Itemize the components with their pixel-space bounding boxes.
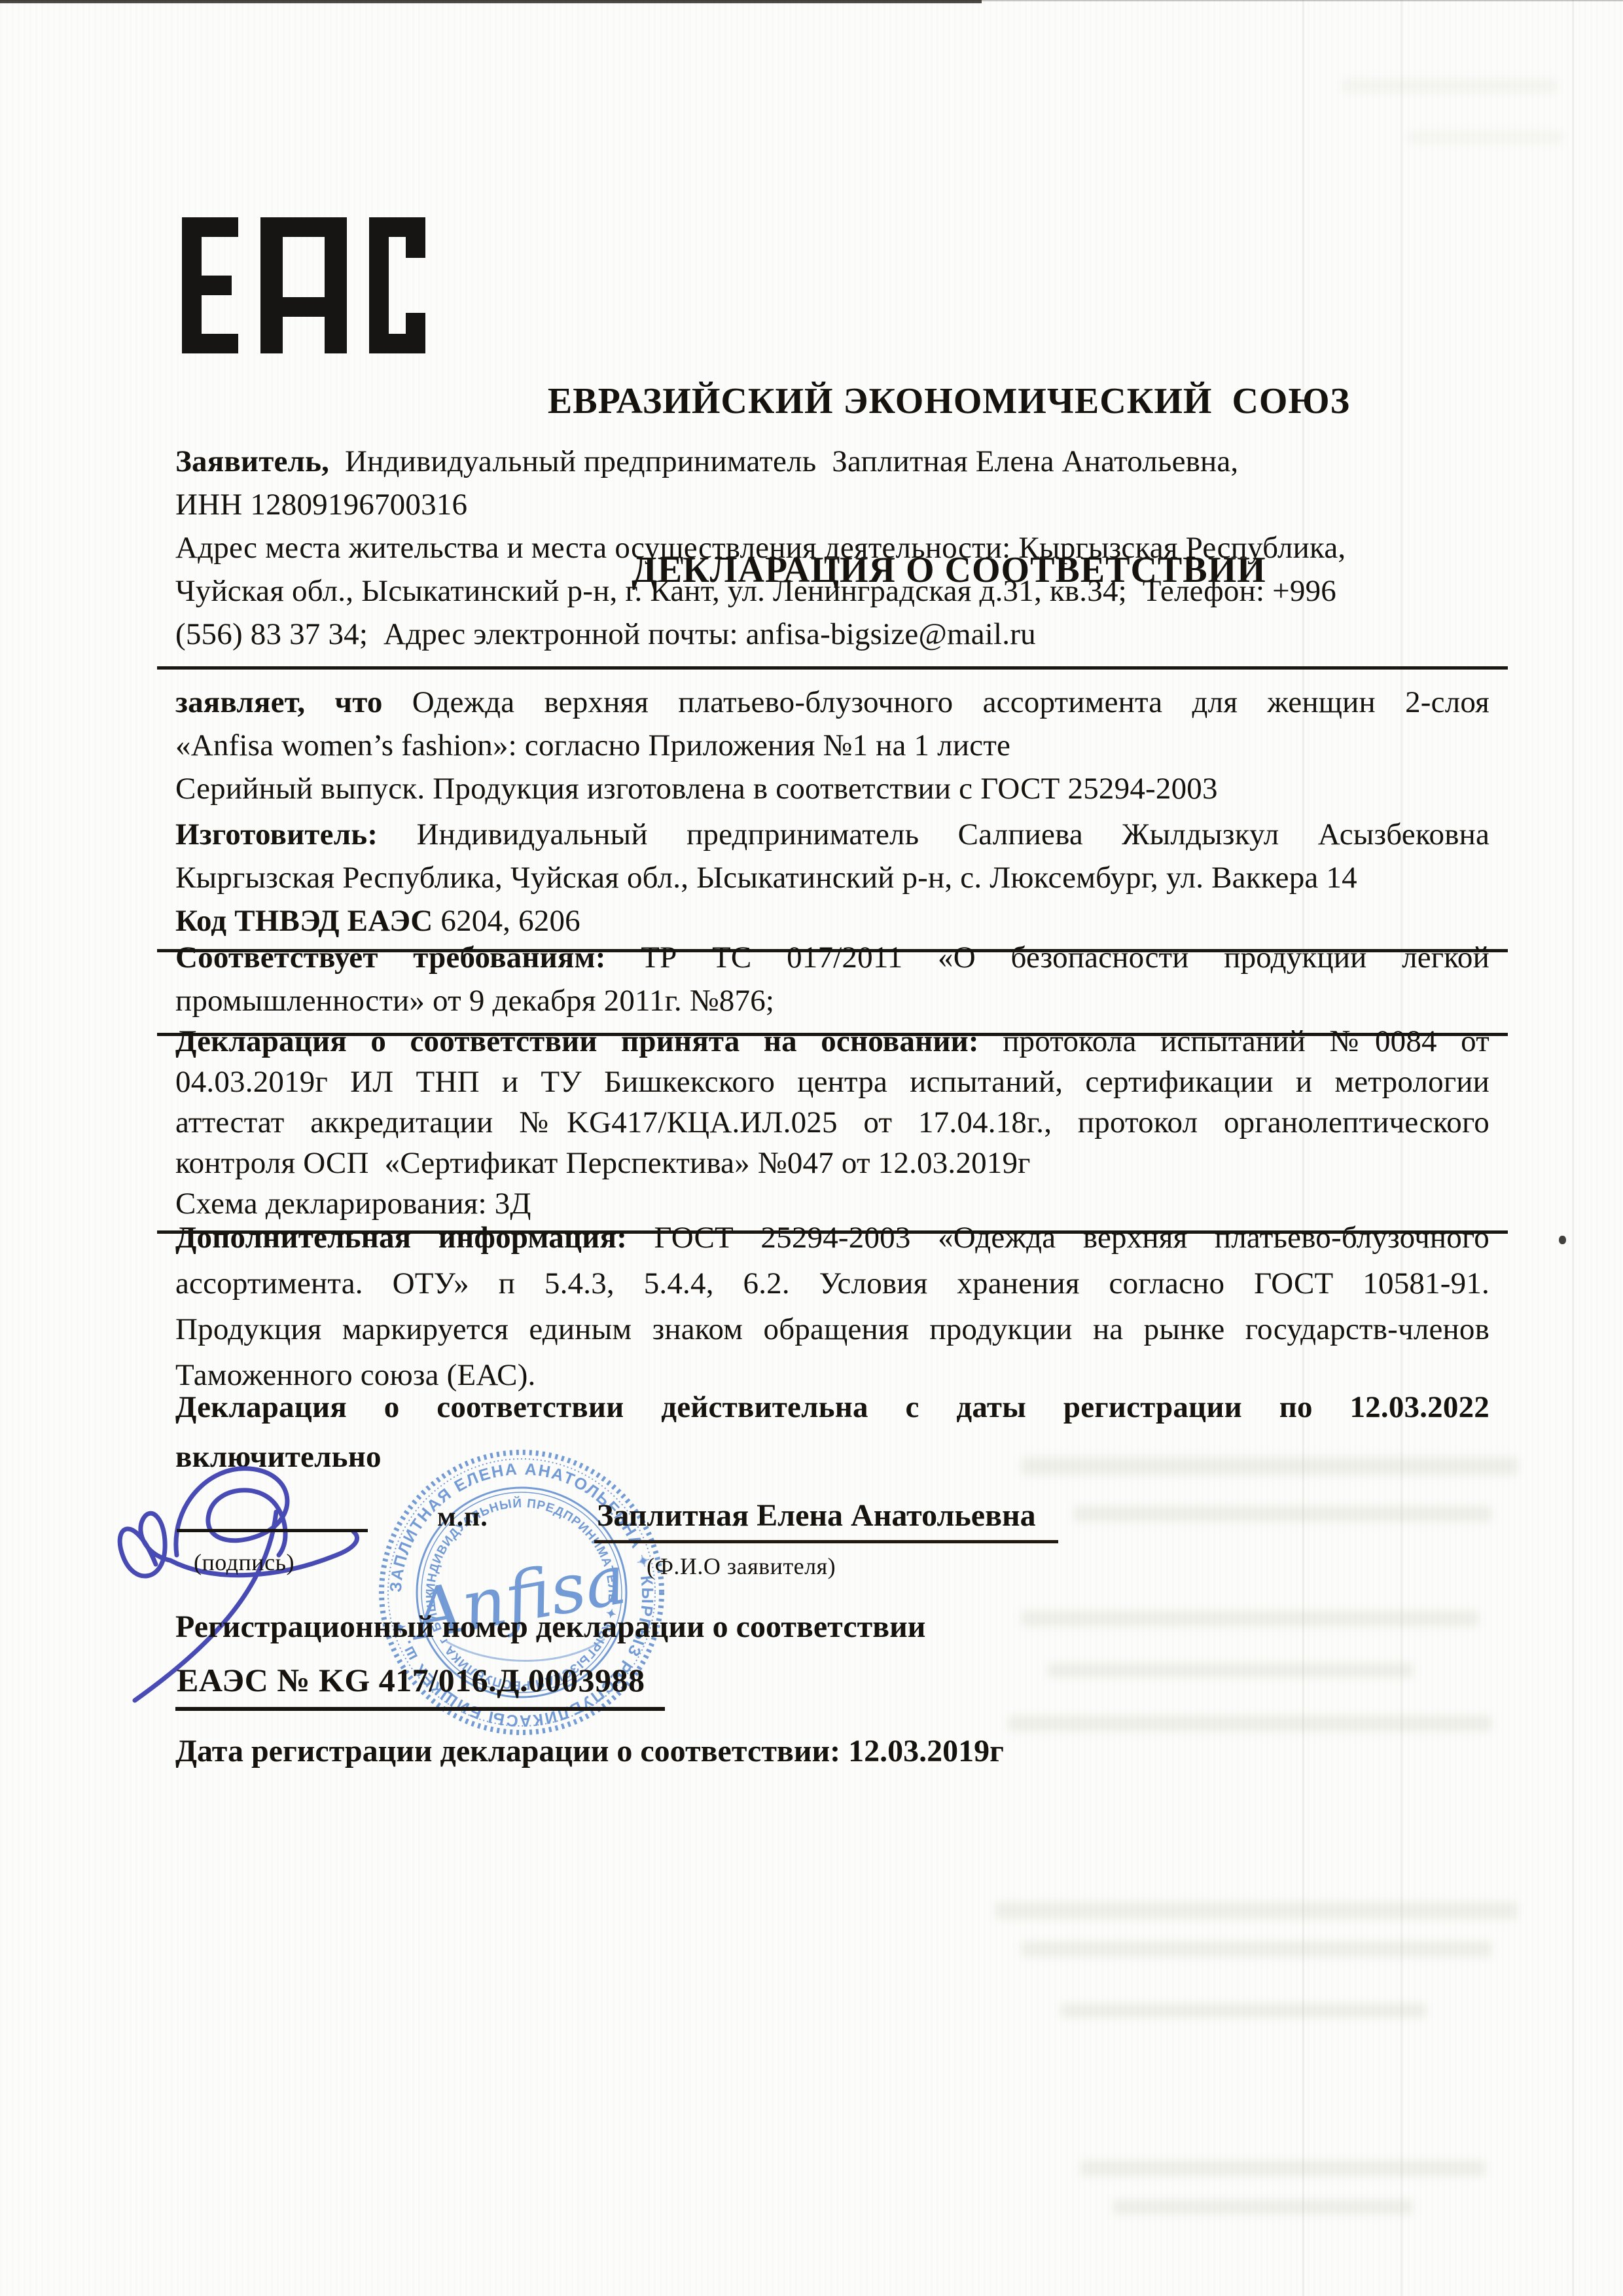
declares-label: заявляет, что xyxy=(175,685,383,719)
additional-label: Дополнительная информация: xyxy=(175,1221,627,1255)
complies-line: Соответствует требованиям: ТР ТС 017/201… xyxy=(175,936,1489,979)
stamp-inner-ring-text: ИНДИВИДУАЛЬНЫЙ ПРЕДПРИНИМАТЕЛЬ ✦ КЫРГЫЗС… xyxy=(374,1445,619,1692)
applicant-address: Адрес места жительства и места осуществл… xyxy=(175,526,1489,569)
product-serial: Серийный выпуск. Продукция изготовлена в… xyxy=(175,767,1489,810)
manufacturer-label: Изготовитель: xyxy=(175,817,378,852)
bleed-through-smudge xyxy=(1047,1662,1414,1678)
registration-number-label: Регистрационный номер декларации о соотв… xyxy=(175,1609,925,1645)
bleed-through-smudge xyxy=(1021,1941,1492,1958)
bleed-through-smudge xyxy=(1080,2160,1486,2177)
signature-line xyxy=(177,1529,368,1532)
additional-text: ассортимента. ОТУ» п 5.4.3, 5.4.4, 6.2. … xyxy=(175,1261,1489,1306)
gost-reference: ГОСТ 25294-2003 «Одежда верхняя платьево… xyxy=(627,1221,1489,1255)
section-declares: заявляет, что Одежда верхняя платьево-бл… xyxy=(157,681,1508,810)
registration-date: Дата регистрации декларации о соответств… xyxy=(175,1733,1004,1769)
bleed-through-smudge xyxy=(1113,2199,1414,2215)
applicant-inn: ИНН 12809196700316 xyxy=(175,483,1489,526)
basis-text: 04.03.2019г ИЛ ТНП и ТУ Бишкекского цент… xyxy=(175,1062,1489,1102)
complies-label: Соответствует требованиям: xyxy=(175,941,606,975)
basis-text: контроля ОСП «Сертификат Перспектива» №0… xyxy=(175,1143,1489,1183)
product-description: Одежда верхняя платьево-блузочного ассор… xyxy=(383,685,1489,719)
bleed-through-smudge xyxy=(1342,79,1558,93)
bleed-through-smudge xyxy=(1021,1610,1479,1627)
stamp-place-abbr: м.п. xyxy=(437,1501,488,1533)
signature-caption: (подпись) xyxy=(194,1549,294,1576)
declaration-document: ЕВРАЗИЙСКИЙ ЭКОНОМИЧЕСКИЙ СОЮЗ ДЕКЛАРАЦИ… xyxy=(0,0,1623,2296)
additional-text: Продукция маркируется единым знаком обра… xyxy=(175,1306,1489,1352)
svg-text:ИНДИВИДУАЛЬНЫЙ ПРЕДПРИНИМАТЕЛЬ: ИНДИВИДУАЛЬНЫЙ ПРЕДПРИНИМАТЕЛЬ ✦ КЫРГЫЗС… xyxy=(374,1445,619,1692)
basis-label: Декларация о соответствии принята на осн… xyxy=(175,1024,979,1058)
name-caption: (Ф.И.О заявителя) xyxy=(647,1552,836,1580)
basis-line: Декларация о соответствии принята на осн… xyxy=(175,1021,1489,1062)
applicant-signatory-name: Заплитная Елена Анатольевна xyxy=(594,1498,1058,1543)
applicant-address: Чуйская обл., Ысыкатинский р-н, г. Кант,… xyxy=(175,569,1489,613)
applicant-name: Индивидуальный предприниматель Заплитная… xyxy=(329,444,1238,478)
section-additional: Дополнительная информация: ГОСТ 25294-20… xyxy=(157,1215,1508,1398)
scan-streak xyxy=(1572,0,1574,2296)
product-annex: «Anfisa women’s fashion»: согласно Прило… xyxy=(175,724,1489,767)
tnved-code-value: 6204, 6206 xyxy=(433,904,580,938)
section-validity: Декларация о соответствии действительна … xyxy=(157,1382,1508,1482)
registration-number: ЕАЭС № KG 417/016.Д.0003988 xyxy=(175,1661,665,1711)
bleed-through-smudge xyxy=(1407,131,1564,144)
ink-speck xyxy=(1559,1236,1566,1244)
scan-edge-artifact xyxy=(0,0,1623,1)
declares-line: заявляет, что Одежда верхняя платьево-бл… xyxy=(175,681,1489,724)
additional-line: Дополнительная информация: ГОСТ 25294-20… xyxy=(175,1215,1489,1261)
test-report: протокола испытаний №0084 от xyxy=(979,1024,1489,1058)
applicant-label: Заявитель, xyxy=(175,444,329,478)
tnved-code-label: Код ТНВЭД ЕАЭС xyxy=(175,904,433,938)
eac-logo-icon xyxy=(182,217,425,353)
basis-text: аттестат аккредитации №KG417/КЦА.ИЛ.025 … xyxy=(175,1102,1489,1143)
section-manufacturer: Изготовитель: Индивидуальный предпринима… xyxy=(157,813,1508,952)
manufacturer-line: Изготовитель: Индивидуальный предпринима… xyxy=(175,813,1489,856)
regulation-reference: ТР ТС 017/2011 «О безопасности продукции… xyxy=(606,941,1489,975)
bleed-through-smudge xyxy=(1073,1505,1492,1522)
bleed-through-smudge xyxy=(1060,2003,1427,2018)
applicant-line: Заявитель, Индивидуальный предпринимател… xyxy=(175,440,1489,483)
validity-line: включительно xyxy=(175,1432,1489,1482)
manufacturer-name: Индивидуальный предприниматель Салпиева … xyxy=(378,817,1489,852)
title-line-1: ЕВРАЗИЙСКИЙ ЭКОНОМИЧЕСКИЙ СОЮЗ xyxy=(458,373,1440,429)
validity-line: Декларация о соответствии действительна … xyxy=(175,1382,1489,1432)
applicant-contacts: (556) 83 37 34; Адрес электронной почты:… xyxy=(175,613,1489,656)
regulation-reference: промышленности» от 9 декабря 2011г. №876… xyxy=(175,979,1489,1022)
section-applicant: Заявитель, Индивидуальный предпринимател… xyxy=(157,440,1508,670)
manufacturer-address: Кыргызская Республика, Чуйская обл., Ысы… xyxy=(175,856,1489,899)
bleed-through-smudge xyxy=(1008,1715,1492,1732)
bleed-through-smudge xyxy=(995,1901,1518,1920)
section-basis: Декларация о соответствии принята на осн… xyxy=(157,1021,1508,1234)
